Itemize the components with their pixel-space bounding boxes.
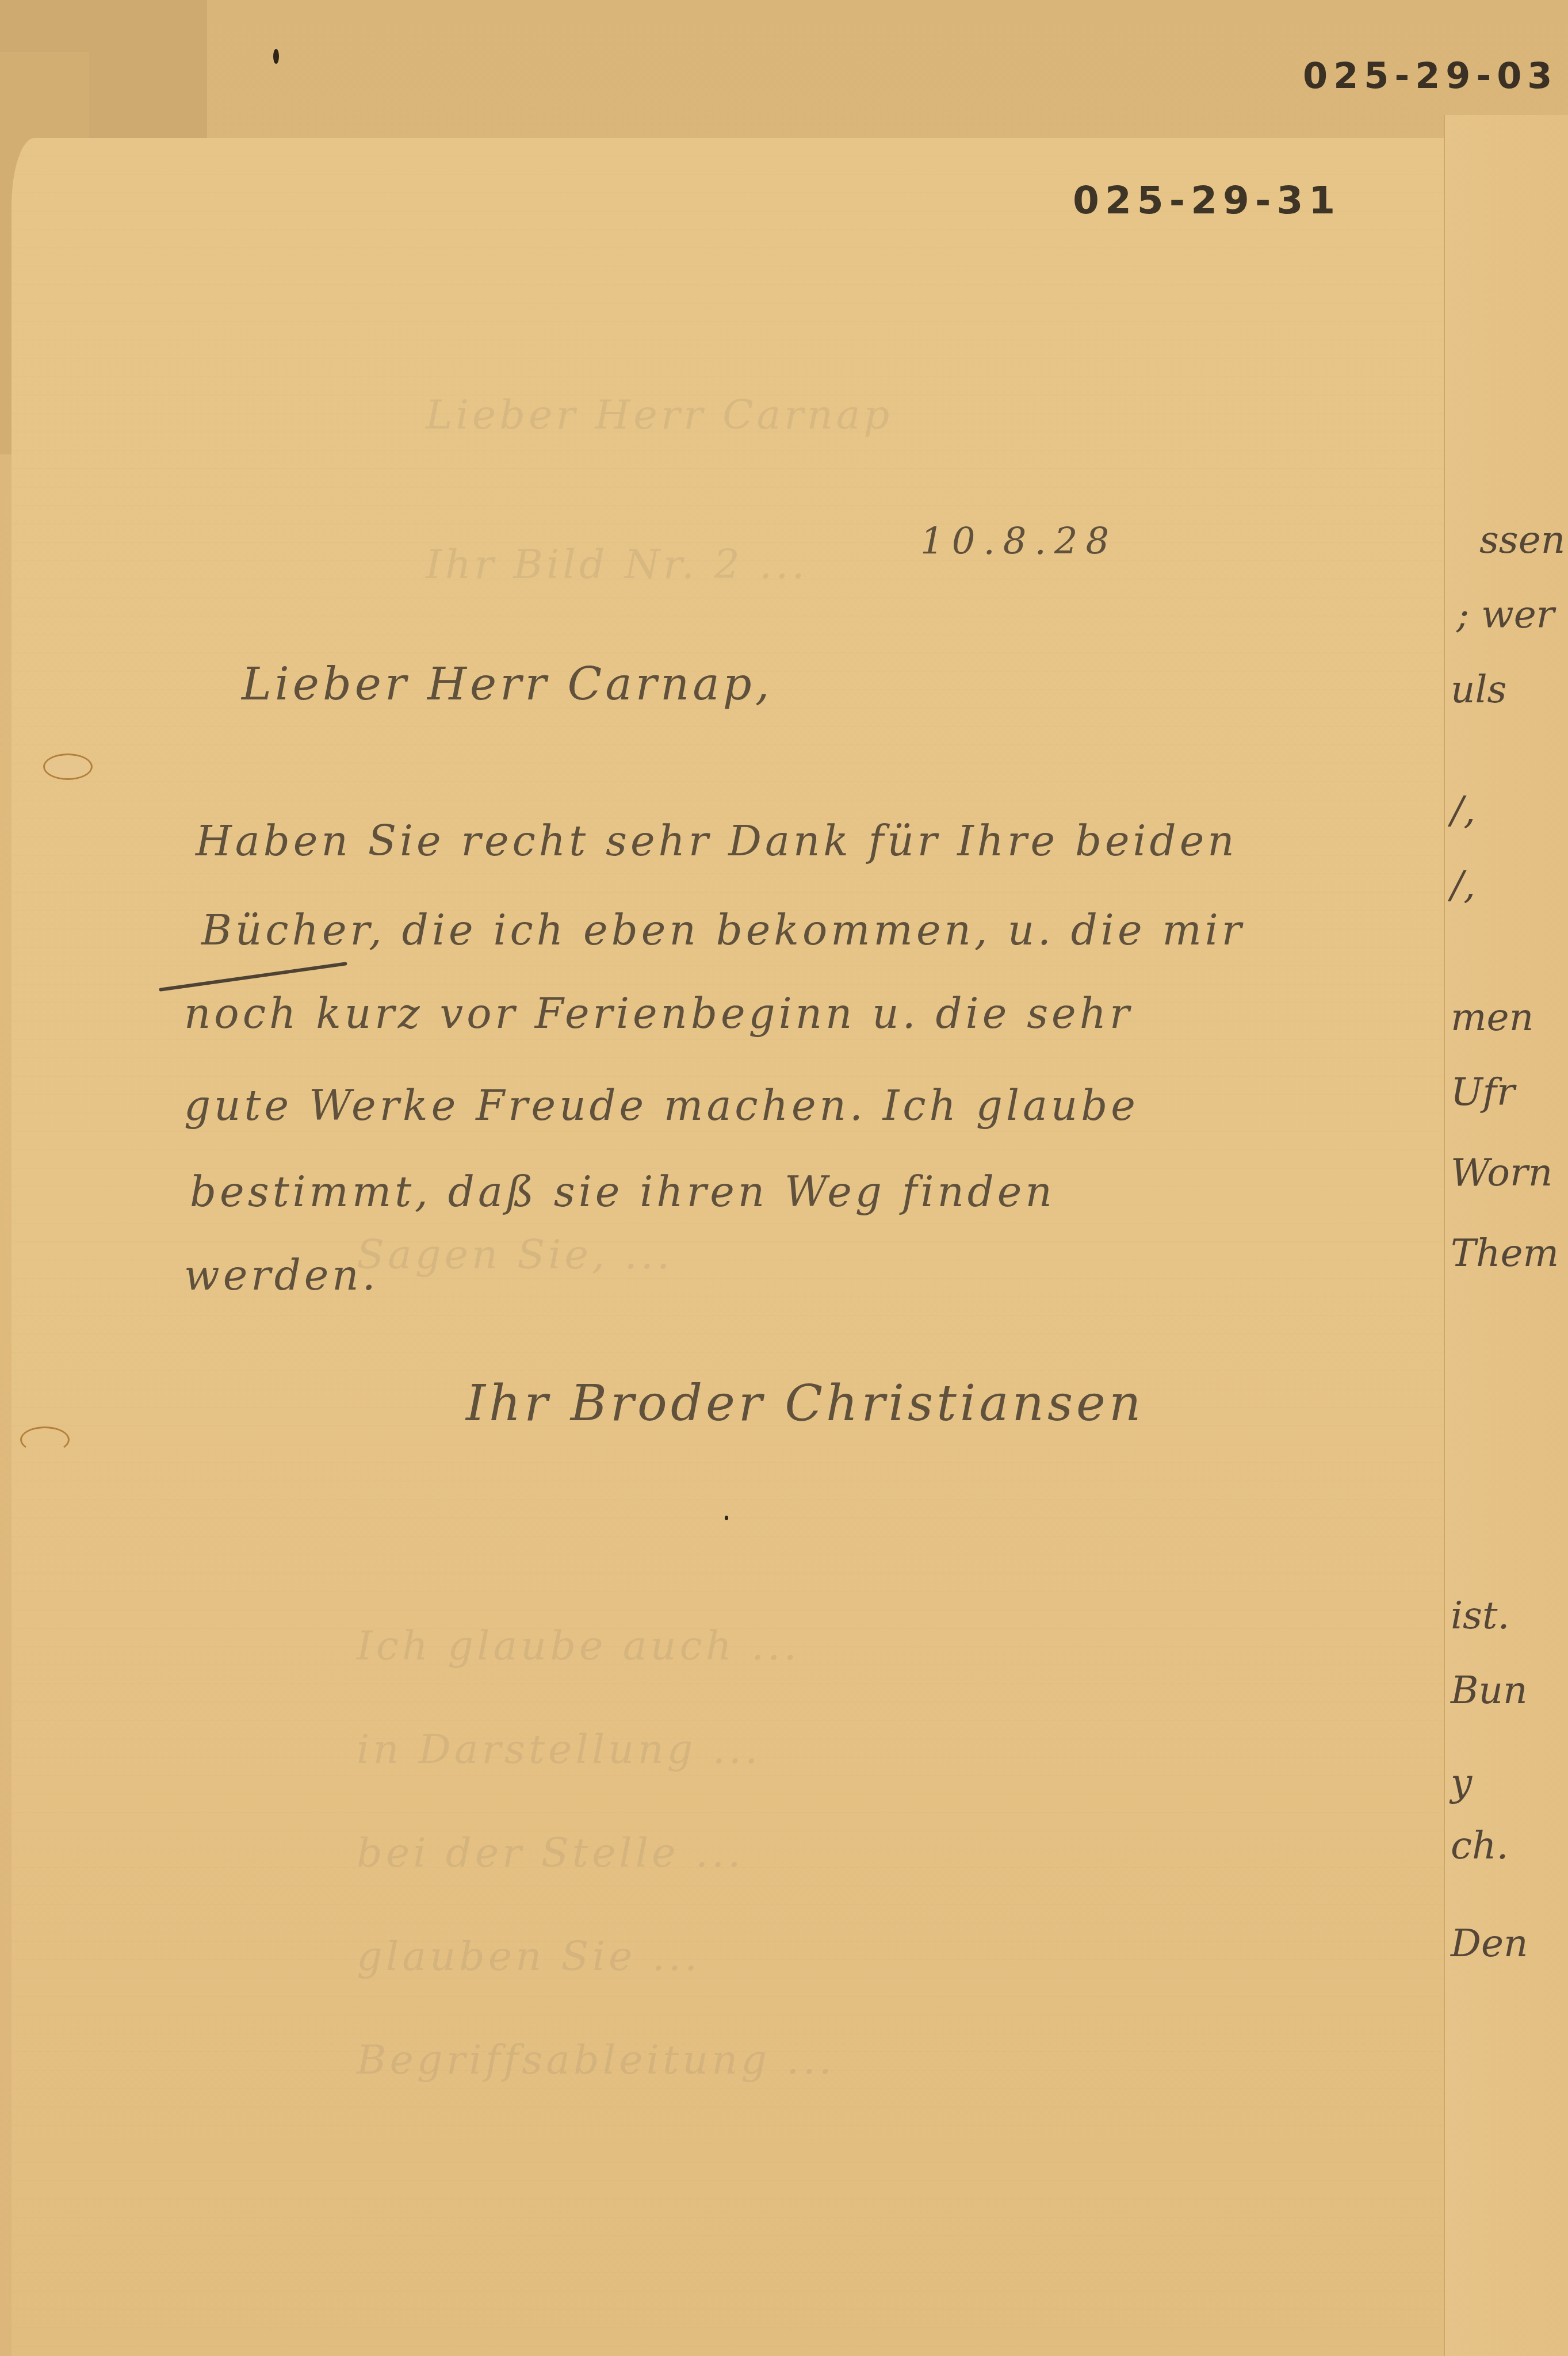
underlying-letter-page: ssen ; wer uls /, /, men Ufr Worn Them i… [1444, 115, 1568, 2356]
underlying-archive-id: 025-29-03 [1303, 55, 1558, 97]
bleed-through-text: bei der Stelle ... [357, 1829, 744, 1876]
letter-body-line: werden. [184, 1251, 379, 1299]
letter-date: 10.8.28 [920, 521, 1117, 563]
letter-signature: Ihr Broder Christiansen [466, 1375, 1144, 1432]
letter-page: 025-29-31 Lieber Herr Carnap Ihr Bild Nr… [12, 138, 1444, 2356]
bleed-through-text: glauben Sie ... [357, 1933, 701, 1980]
letter-body-line: Haben Sie recht sehr Dank für Ihre beide… [196, 817, 1238, 865]
bleed-through-text: Lieber Herr Carnap [426, 391, 893, 438]
archive-id: 025-29-31 [1073, 178, 1341, 223]
underlying-text-fragment: ist. [1451, 1593, 1509, 1638]
underlying-text-fragment: y [1451, 1760, 1472, 1804]
letter-body-line: gute Werke Freude machen. Ich glaube [184, 1081, 1139, 1130]
letter-body-line: Bücher, die ich eben bekommen, u. die mi… [201, 906, 1245, 954]
punch-hole-bottom [20, 1426, 70, 1453]
ink-speck [273, 49, 279, 64]
bleed-through-text: in Darstellung ... [357, 1726, 761, 1773]
underlying-text-fragment: ssen [1479, 518, 1565, 562]
letter-body-line: bestimmt, daß sie ihren Weg finden [190, 1168, 1055, 1216]
underlying-text-fragment: /, [1451, 863, 1475, 907]
underlying-text-fragment: Worn [1451, 1150, 1552, 1195]
bleed-through-text: Sagen Sie, ... [357, 1231, 673, 1278]
bleed-through-text: Ihr Bild Nr. 2 ... [426, 541, 808, 588]
underlying-text-fragment: /, [1451, 788, 1475, 832]
letter-salutation: Lieber Herr Carnap, [242, 659, 773, 710]
underlying-text-fragment: ch. [1451, 1823, 1508, 1868]
punch-hole-top [43, 754, 93, 780]
underlying-text-fragment: men [1451, 995, 1533, 1039]
bleed-through-text: Begriffsableitung ... [357, 2036, 835, 2083]
ink-speck [725, 1516, 728, 1520]
bleed-through-text: Ich glaube auch ... [357, 1622, 800, 1669]
underline-mark [159, 962, 347, 992]
underlying-text-fragment: uls [1451, 667, 1507, 712]
underlying-text-fragment: Den [1451, 1921, 1528, 1965]
underlying-text-fragment: Bun [1451, 1668, 1528, 1712]
underlying-text-fragment: Them [1451, 1231, 1559, 1275]
letter-body-line: noch kurz vor Ferienbeginn u. die sehr [184, 989, 1133, 1038]
underlying-text-fragment: ; wer [1456, 592, 1554, 637]
underlying-text-fragment: Ufr [1451, 1070, 1515, 1114]
